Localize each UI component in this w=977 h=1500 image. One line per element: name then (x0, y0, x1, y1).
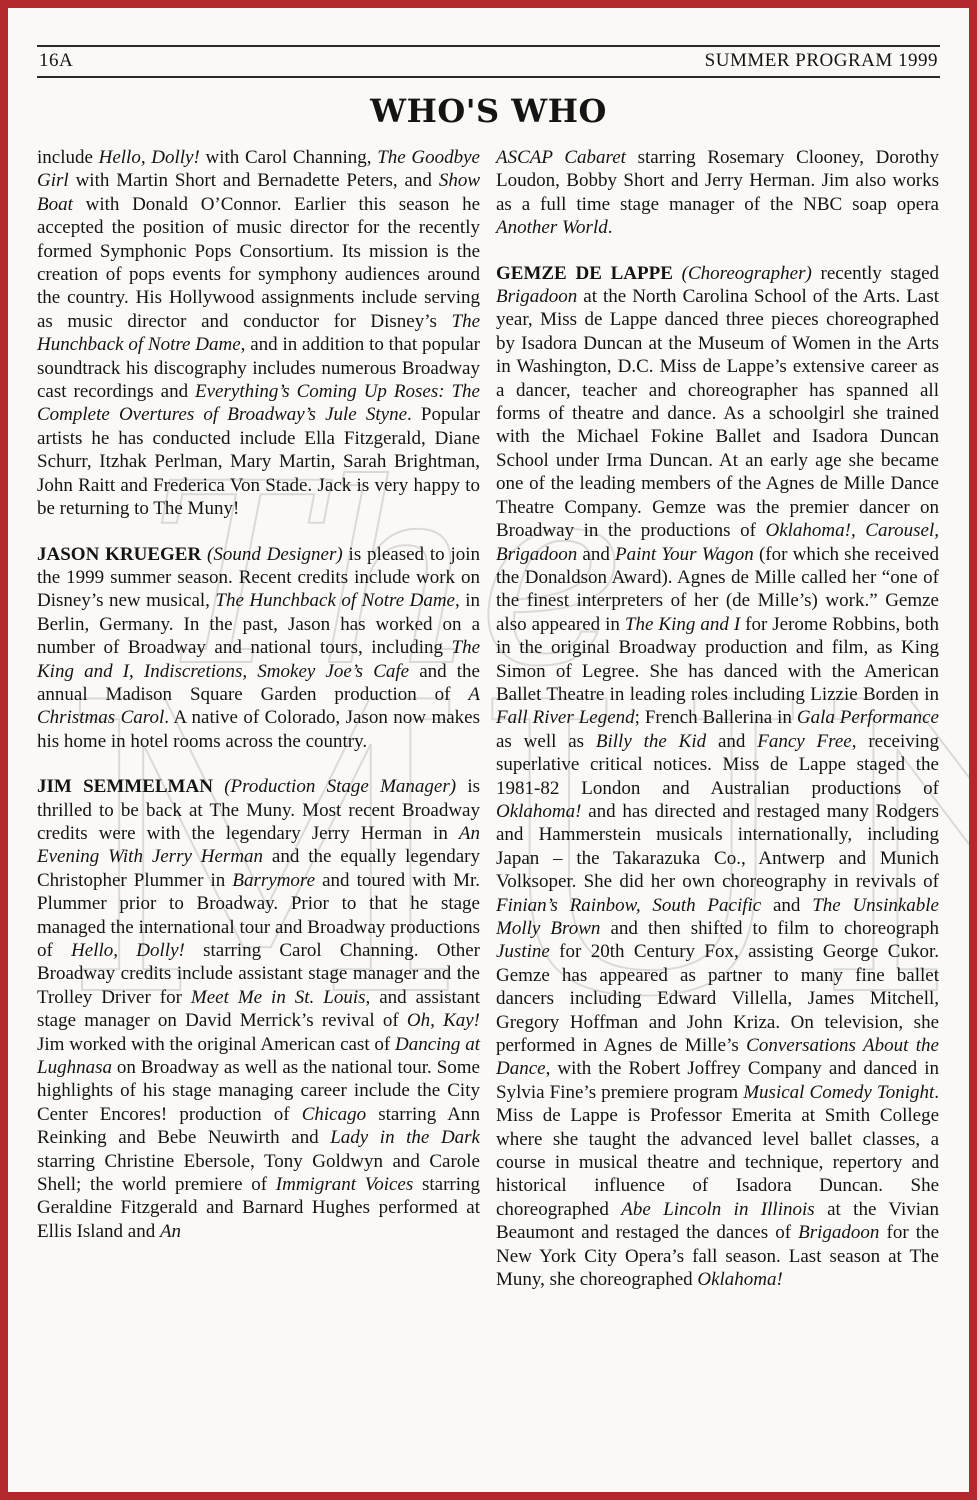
text-columns: include Hello, Dolly! with Carol Channin… (37, 146, 940, 1292)
text-run: JIM SEMMELMAN (37, 776, 213, 797)
text-run: Hello, Dolly! (71, 940, 185, 961)
column-right: ASCAP Cabaret starring Rosemary Clooney,… (496, 146, 939, 1292)
header-right-text: SUMMER PROGRAM 1999 (705, 50, 938, 72)
text-run: Oklahoma! (697, 1269, 782, 1290)
text-run: ; French Ballerina in (635, 707, 797, 728)
text-run: (Sound Designer) (207, 544, 343, 565)
text-run: Chicago (302, 1104, 366, 1125)
text-run: . (608, 217, 613, 238)
page-number: 16A (39, 50, 73, 72)
text-run: Paint Your Wagon (615, 544, 754, 565)
text-run: Justine (496, 941, 550, 962)
text-run: recently staged (812, 263, 939, 284)
column-left: include Hello, Dolly! with Carol Channin… (37, 146, 480, 1292)
text-run: Meet Me in St. Louis (191, 987, 366, 1008)
text-run: The Hunchback of Notre Dame (215, 590, 455, 611)
paragraph: GEMZE DE LAPPE (Choreographer) recently … (496, 262, 939, 1292)
text-run: and then shifted to film to choreograph (600, 918, 939, 939)
text-run: and (577, 544, 615, 565)
text-run (213, 776, 224, 797)
text-run: Fall River Legend (496, 707, 635, 728)
text-run (673, 263, 682, 284)
text-run: Finian’s Rainbow, South Pacific (496, 895, 761, 916)
program-page: { "page": { "number": "16A", "header_rig… (0, 0, 977, 1500)
text-run: Oh, Kay! (407, 1010, 480, 1031)
text-run: at the North Carolina School of the Arts… (496, 286, 939, 541)
text-run: Brigadoon (496, 286, 577, 307)
text-run: with Donald O’Connor. Earlier this seaso… (37, 194, 480, 332)
text-run: Billy the Kid (596, 731, 706, 752)
text-run: with Martin Short and Bernadette Peters,… (69, 170, 439, 191)
text-run: Musical Comedy Tonight (743, 1082, 934, 1103)
text-run: Lady in the Dark (330, 1127, 480, 1148)
paragraph: JIM SEMMELMAN (Production Stage Manager)… (37, 775, 480, 1243)
paragraph: JASON KRUEGER (Sound Designer) is please… (37, 543, 480, 754)
text-run: as well as (496, 731, 596, 752)
text-run: with Carol Channing, (200, 147, 377, 168)
text-run: GEMZE DE LAPPE (496, 263, 673, 284)
text-run: Gala Performance (797, 707, 939, 728)
text-run: Brigadoon (798, 1222, 879, 1243)
text-run: Oklahoma! (496, 801, 581, 822)
text-run: Hello, Dolly! (99, 147, 200, 168)
text-run: The King and I (625, 614, 740, 635)
text-run: (Choreographer) (682, 263, 812, 284)
text-run: Fancy Free (757, 731, 851, 752)
text-run: Barrymore (232, 870, 315, 891)
text-run: and (706, 731, 757, 752)
text-run: and (761, 895, 812, 916)
page-title: WHO'S WHO (37, 92, 940, 130)
paragraph: ASCAP Cabaret starring Rosemary Clooney,… (496, 146, 939, 240)
page-content: 16A SUMMER PROGRAM 1999 WHO'S WHO includ… (0, 45, 977, 1292)
text-run: Immigrant Voices (276, 1174, 413, 1195)
paragraph: include Hello, Dolly! with Carol Channin… (37, 146, 480, 521)
text-run: Abe Lincoln in Illinois (621, 1199, 814, 1220)
text-run: include (37, 147, 99, 168)
text-run: Jim worked with the original American ca… (37, 1034, 395, 1055)
page-header: 16A SUMMER PROGRAM 1999 (37, 45, 940, 78)
text-run: JASON KRUEGER (37, 544, 201, 565)
text-run: ASCAP Cabaret (496, 147, 626, 168)
text-run: Another World (496, 217, 608, 238)
text-run: An (160, 1221, 181, 1242)
text-run: (Production Stage Manager) (224, 776, 456, 797)
